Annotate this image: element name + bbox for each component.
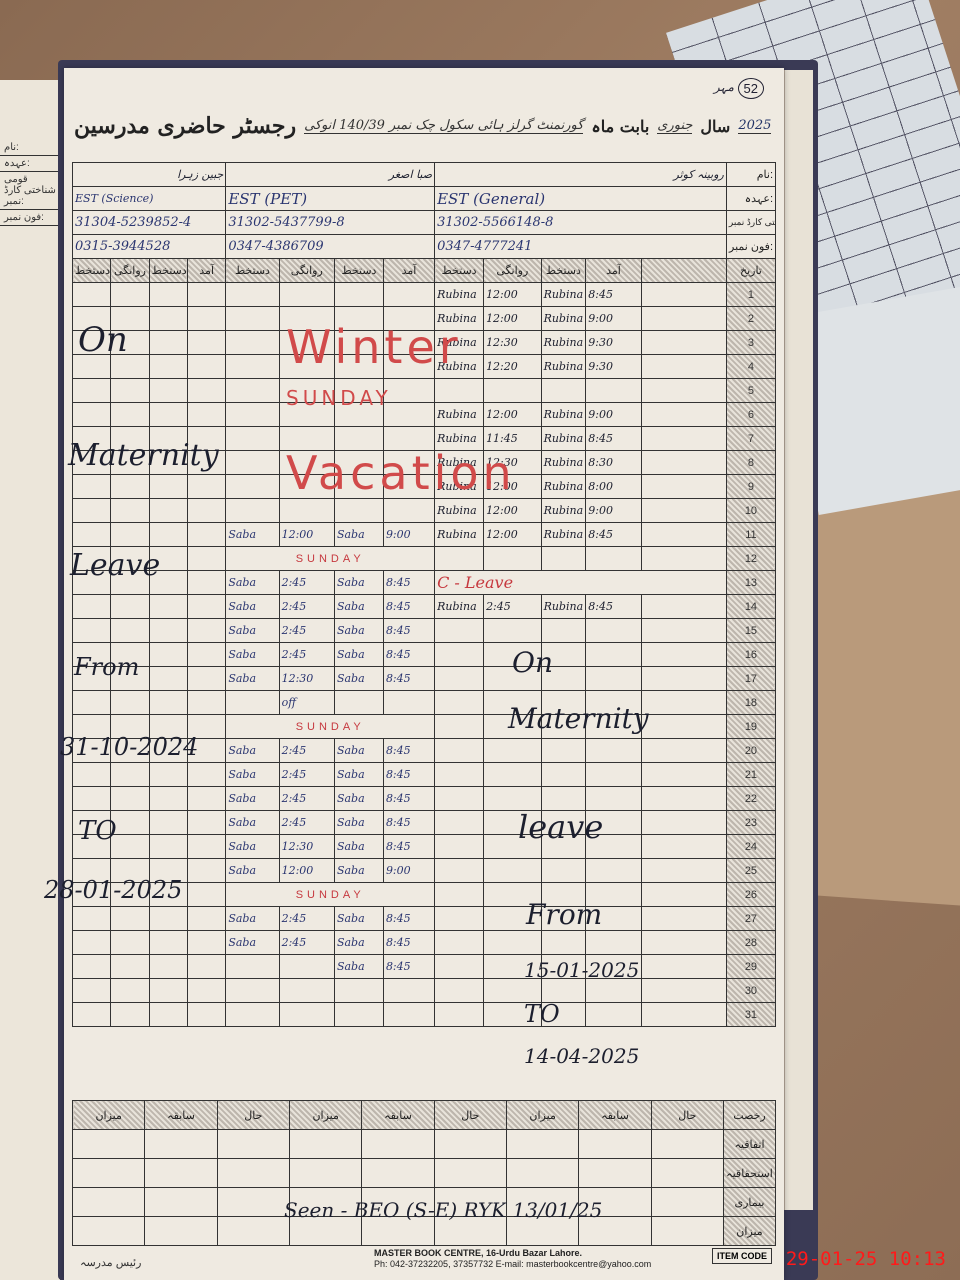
teacher2-phone: 0347-4386709 xyxy=(226,235,435,259)
t1-cell xyxy=(586,787,641,811)
day-number: 30 xyxy=(726,979,775,1003)
t1-cell: 12:00 xyxy=(484,307,542,331)
t3-cell xyxy=(149,283,187,307)
t2-header-departure: روانگی xyxy=(279,259,334,283)
t3-cell xyxy=(149,403,187,427)
day-number: 11 xyxy=(726,523,775,547)
day-number: 9 xyxy=(726,475,775,499)
t2-cell: Saba xyxy=(334,763,383,787)
t2-cell: Saba xyxy=(226,763,279,787)
t1-cell xyxy=(586,619,641,643)
t1-cell: 12:00 xyxy=(484,283,542,307)
t2-cell xyxy=(279,283,334,307)
t1-extra-cell xyxy=(641,379,726,403)
t1-extra-cell xyxy=(641,619,726,643)
t3-note-from: From xyxy=(74,653,139,681)
prev-page-label-designation: عہدہ: xyxy=(0,156,60,172)
t3-cell xyxy=(187,931,225,955)
day-rows: Rubina12:00Rubina8:451Rubina12:00Rubina9… xyxy=(73,283,776,1027)
teacher3-phone: 0315-3944528 xyxy=(73,235,226,259)
t2-cell xyxy=(279,1003,334,1027)
t1-cell: Rubina xyxy=(435,523,484,547)
t2-cell xyxy=(226,979,279,1003)
t2-cell: Saba xyxy=(226,523,279,547)
t1-cell: Rubina xyxy=(435,283,484,307)
column-header-row: دستخط روانگی دستخط آمد دستخط روانگی دستخ… xyxy=(73,259,776,283)
t3-cell xyxy=(73,787,111,811)
t2-cell xyxy=(226,427,279,451)
summary-label-casual: اتفاقیہ xyxy=(724,1130,776,1159)
day-row: Saba2:45Saba8:4528 xyxy=(73,931,776,955)
t1-cell xyxy=(435,811,484,835)
t3-cell xyxy=(149,355,187,379)
t1-cell: 8:45 xyxy=(586,523,641,547)
summary-t3-total: میزان xyxy=(73,1101,145,1130)
t1-extra-cell xyxy=(641,403,726,427)
t1-cell xyxy=(484,547,542,571)
vacation-note: Vacation xyxy=(286,446,516,500)
day-number: 13 xyxy=(726,571,775,595)
t1-cell xyxy=(435,883,484,907)
t1-cell xyxy=(541,619,586,643)
t3-cell xyxy=(73,619,111,643)
year-value: 2025 xyxy=(738,118,771,134)
day-number: 10 xyxy=(726,499,775,523)
t3-cell xyxy=(111,523,149,547)
t2-cell: 12:00 xyxy=(279,523,334,547)
t2-header-arrival: آمد xyxy=(383,259,434,283)
teacher3-designation: EST (Science) xyxy=(73,187,226,211)
sunday-note-5: SUNDAY xyxy=(286,386,392,410)
t3-cell xyxy=(187,547,225,571)
t3-cell xyxy=(111,787,149,811)
t2-cell: 8:45 xyxy=(383,835,434,859)
t2-cell: 8:45 xyxy=(383,571,434,595)
t1-cell: 8:00 xyxy=(586,475,641,499)
day-row: Saba12:00Saba9:00Rubina12:00Rubina8:4511 xyxy=(73,523,776,547)
prev-page-label-cnic: قومی شناختی کارڈ نمبر: xyxy=(0,172,60,210)
t2-cell xyxy=(226,331,279,355)
day-row: off18 xyxy=(73,691,776,715)
t2-cell: 2:45 xyxy=(279,811,334,835)
t3-note-to: TO xyxy=(78,816,117,846)
t2-cell xyxy=(226,379,279,403)
t3-cell xyxy=(149,379,187,403)
t2-cell xyxy=(226,403,279,427)
day-row: Saba8:4529 xyxy=(73,955,776,979)
t1-cell: Rubina xyxy=(541,523,586,547)
t1-cell: Rubina xyxy=(435,499,484,523)
sunday-marker: SUNDAY xyxy=(226,547,435,571)
t1-cell xyxy=(484,931,542,955)
t3-cell xyxy=(111,1003,149,1027)
teacher-name-row: جبین زہرا صبا اصغر روبینہ کوثر نام: xyxy=(73,163,776,187)
t2-cell: Saba xyxy=(334,835,383,859)
winter-note: Winter xyxy=(286,320,462,374)
t1-cell: 9:30 xyxy=(586,355,641,379)
t3-cell xyxy=(73,283,111,307)
teacher1-phone: 0347-4777241 xyxy=(435,235,727,259)
t1-extra-cell xyxy=(641,739,726,763)
t2-cell: Saba xyxy=(334,643,383,667)
t1-extra-cell xyxy=(641,931,726,955)
t1-cell xyxy=(435,835,484,859)
t1-cell xyxy=(435,739,484,763)
t3-cell xyxy=(149,475,187,499)
t1-cell xyxy=(541,379,586,403)
t3-header-sign: دستخط xyxy=(149,259,187,283)
t2-cell: Saba xyxy=(226,907,279,931)
t3-cell xyxy=(111,499,149,523)
t1-cell xyxy=(541,979,586,1003)
t2-cell xyxy=(334,283,383,307)
t1-cell xyxy=(435,787,484,811)
t2-cell: Saba xyxy=(334,931,383,955)
summary-t2-current: حال xyxy=(434,1101,506,1130)
t3-cell xyxy=(187,883,225,907)
day-number: 19 xyxy=(726,715,775,739)
day-number: 25 xyxy=(726,859,775,883)
t3-cell xyxy=(73,1003,111,1027)
t1-cell xyxy=(435,667,484,691)
t1-extra-cell xyxy=(641,307,726,331)
t3-cell xyxy=(187,955,225,979)
summary-label-earned: استحقاقیہ xyxy=(724,1159,776,1188)
t2-cell: 2:45 xyxy=(279,643,334,667)
teacher-cnic-row: 31304-5239852-4 31302-5437799-8 31302-55… xyxy=(73,211,776,235)
t2-cell: Saba xyxy=(334,907,383,931)
t3-cell xyxy=(149,691,187,715)
t2-cell: 8:45 xyxy=(383,619,434,643)
day-row: Rubina12:00Rubina9:0010 xyxy=(73,499,776,523)
day-number: 20 xyxy=(726,739,775,763)
t3-cell xyxy=(187,307,225,331)
t1-cell xyxy=(586,667,641,691)
t1-cell xyxy=(586,1003,641,1027)
t1-cell xyxy=(541,787,586,811)
t2-cell: 8:45 xyxy=(383,955,434,979)
summary-leave-header: رخصت xyxy=(724,1101,776,1130)
label-cnic: قومی شناختی کارڈ نمبر: xyxy=(726,211,775,235)
day-number: 12 xyxy=(726,547,775,571)
teacher2-designation: EST (PET) xyxy=(226,187,435,211)
previous-page-edge: نام: عہدہ: قومی شناختی کارڈ نمبر: فون نم… xyxy=(0,80,62,1280)
t1-extra-cell xyxy=(641,691,726,715)
register-title: رجسٹر حاضری مدرسین xyxy=(74,113,296,139)
t2-cell: Saba xyxy=(334,667,383,691)
t2-cell: 2:45 xyxy=(279,763,334,787)
t1-cell: 8:45 xyxy=(586,595,641,619)
t2-cell xyxy=(226,283,279,307)
t3-cell xyxy=(149,955,187,979)
t2-cell xyxy=(279,955,334,979)
day-row: 30 xyxy=(73,979,776,1003)
t1-extra-cell xyxy=(641,523,726,547)
page-number: 52 xyxy=(738,78,764,99)
t3-cell xyxy=(149,787,187,811)
t3-cell xyxy=(73,931,111,955)
t1-cell xyxy=(435,619,484,643)
summary-t3-current: حال xyxy=(217,1101,289,1130)
t3-cell xyxy=(73,523,111,547)
t2-cell: Saba xyxy=(226,667,279,691)
t1-cell xyxy=(541,763,586,787)
t1-cell xyxy=(586,547,641,571)
t2-cell: Saba xyxy=(226,739,279,763)
sunday-marker: SUNDAY xyxy=(226,715,435,739)
t2-cell xyxy=(226,1003,279,1027)
t3-cell xyxy=(111,595,149,619)
t3-cell xyxy=(73,595,111,619)
t2-cell: 2:45 xyxy=(279,571,334,595)
teacher1-cnic: 31302-5566148-8 xyxy=(435,211,727,235)
t3-cell xyxy=(149,979,187,1003)
t1-note-from-date: 15-01-2025 xyxy=(524,958,639,982)
t2-cell: Saba xyxy=(334,595,383,619)
t2-cell xyxy=(226,307,279,331)
t2-cell: 12:00 xyxy=(279,859,334,883)
day-number: 28 xyxy=(726,931,775,955)
t3-cell xyxy=(73,499,111,523)
t2-cell: 12:30 xyxy=(279,835,334,859)
t1-cell: Rubina xyxy=(435,595,484,619)
t3-cell xyxy=(187,907,225,931)
t3-cell xyxy=(73,955,111,979)
day-row: Rubina12:00Rubina8:451 xyxy=(73,283,776,307)
t1-note-on: On xyxy=(512,646,553,679)
summary-t2-total: میزان xyxy=(289,1101,361,1130)
t3-cell xyxy=(149,499,187,523)
t2-cell: 2:45 xyxy=(279,787,334,811)
t2-cell: 8:45 xyxy=(383,787,434,811)
t1-extra-cell xyxy=(641,451,726,475)
t1-extra-cell xyxy=(641,715,726,739)
t3-cell xyxy=(149,835,187,859)
t1-cell: Rubina xyxy=(541,475,586,499)
t1-cell xyxy=(435,955,484,979)
t1-cell xyxy=(435,763,484,787)
t3-cell xyxy=(187,691,225,715)
day-number: 27 xyxy=(726,907,775,931)
t2-cell xyxy=(226,475,279,499)
label-designation: عہدہ: xyxy=(726,187,775,211)
t2-cell: 8:45 xyxy=(383,667,434,691)
summary-t1-total: میزان xyxy=(506,1101,578,1130)
summary-t1-current: حال xyxy=(651,1101,723,1130)
t3-cell xyxy=(187,331,225,355)
teacher1-designation: EST (General) xyxy=(435,187,727,211)
t1-cell xyxy=(484,979,542,1003)
t2-cell xyxy=(383,1003,434,1027)
t1-extra-cell xyxy=(641,883,726,907)
t1-note-leave: leave xyxy=(518,808,603,846)
day-number: 26 xyxy=(726,883,775,907)
t2-cell xyxy=(334,1003,383,1027)
t2-cell: off xyxy=(279,691,334,715)
t1-extra-cell xyxy=(641,859,726,883)
publisher-contact: Ph: 042-37232205, 37357732 E-mail: maste… xyxy=(374,1259,651,1269)
t3-cell xyxy=(149,331,187,355)
day-row: 31 xyxy=(73,1003,776,1027)
t3-cell xyxy=(111,475,149,499)
t1-cell xyxy=(541,931,586,955)
t1-extra-cell xyxy=(641,787,726,811)
t1-header-sign2: دستخط xyxy=(435,259,484,283)
t1-extra-cell xyxy=(641,475,726,499)
t1-cell: 12:20 xyxy=(484,355,542,379)
day-row: 5 xyxy=(73,379,776,403)
t1-extra-cell xyxy=(641,667,726,691)
t2-cell xyxy=(383,691,434,715)
year-label: سال xyxy=(700,117,730,136)
t3-note-from-date: 31-10-2024 xyxy=(60,733,198,761)
t1-cell xyxy=(586,931,641,955)
summary-t2-previous: سابقہ xyxy=(362,1101,434,1130)
t1-cell xyxy=(435,979,484,1003)
t3-cell xyxy=(187,763,225,787)
day-number: 5 xyxy=(726,379,775,403)
t1-cell xyxy=(586,739,641,763)
t1-extra-cell xyxy=(641,331,726,355)
t1-cell: Rubina xyxy=(541,499,586,523)
t3-cell xyxy=(73,475,111,499)
t2-cell xyxy=(383,283,434,307)
prev-page-label-phone: فون نمبر: xyxy=(0,210,60,226)
t2-cell xyxy=(334,691,383,715)
t3-cell xyxy=(149,619,187,643)
t3-cell xyxy=(149,931,187,955)
t2-cell: Saba xyxy=(226,811,279,835)
t2-cell: Saba xyxy=(334,571,383,595)
t1-cell xyxy=(541,859,586,883)
t3-cell xyxy=(111,907,149,931)
t1-cell: Rubina xyxy=(541,451,586,475)
t2-cell: 2:45 xyxy=(279,595,334,619)
t1-cell: Rubina xyxy=(541,427,586,451)
t3-cell xyxy=(187,355,225,379)
t1-cell: 9:00 xyxy=(586,307,641,331)
summary-t1-previous: سابقہ xyxy=(579,1101,651,1130)
t1-cell: Rubina xyxy=(541,355,586,379)
t1-cell xyxy=(484,739,542,763)
t1-extra-cell xyxy=(641,835,726,859)
t2-cell xyxy=(226,355,279,379)
t2-cell: 8:45 xyxy=(383,811,434,835)
t1-cell xyxy=(484,787,542,811)
t1-cell xyxy=(484,763,542,787)
t2-cell: Saba xyxy=(226,595,279,619)
day-number: 31 xyxy=(726,1003,775,1027)
day-number: 29 xyxy=(726,955,775,979)
day-number: 3 xyxy=(726,331,775,355)
page-initial: مہر xyxy=(714,80,734,94)
t2-cell: 9:00 xyxy=(383,523,434,547)
t1-note-to-date: 14-04-2025 xyxy=(524,1044,639,1068)
t1-cell xyxy=(586,859,641,883)
t1-cell xyxy=(435,1003,484,1027)
t1-extra-cell xyxy=(641,907,726,931)
teacher2-name: صبا اصغر xyxy=(226,163,435,187)
day-number: 23 xyxy=(726,811,775,835)
t2-cell: 12:30 xyxy=(279,667,334,691)
t1-extra-cell xyxy=(641,355,726,379)
t2-cell: Saba xyxy=(334,523,383,547)
t3-cell xyxy=(73,403,111,427)
t2-cell: 8:45 xyxy=(383,643,434,667)
t2-cell xyxy=(279,979,334,1003)
t2-cell: Saba xyxy=(226,643,279,667)
day-number: 15 xyxy=(726,619,775,643)
t3-cell xyxy=(149,595,187,619)
leave-summary-table: میزان سابقہ حال میزان سابقہ حال میزان سا… xyxy=(72,1100,776,1246)
summary-header-row: میزان سابقہ حال میزان سابقہ حال میزان سا… xyxy=(73,1101,776,1130)
t1-cell xyxy=(435,691,484,715)
teacher3-name: جبین زہرا xyxy=(73,163,226,187)
t2-cell: 8:45 xyxy=(383,907,434,931)
day-number: 1 xyxy=(726,283,775,307)
t3-cell xyxy=(73,979,111,1003)
summary-label-total: میزان xyxy=(724,1217,776,1246)
t1-cell xyxy=(586,379,641,403)
t1-extra-cell xyxy=(641,811,726,835)
t3-cell xyxy=(73,691,111,715)
t2-cell: 2:45 xyxy=(279,739,334,763)
label-name: نام: xyxy=(726,163,775,187)
day-number: 21 xyxy=(726,763,775,787)
t1-cell xyxy=(435,859,484,883)
page-edge-strip xyxy=(784,70,813,1210)
month-value: جنوری xyxy=(657,118,692,134)
casual-leave-marker: C - Leave xyxy=(435,571,727,595)
t2-cell: Saba xyxy=(334,955,383,979)
t3-header-sign2: دستخط xyxy=(73,259,111,283)
t1-cell xyxy=(541,739,586,763)
t1-extra-cell xyxy=(641,763,726,787)
t2-cell: 2:45 xyxy=(279,931,334,955)
month-label: بابت ماہ xyxy=(591,117,649,136)
t1-cell: 9:00 xyxy=(586,499,641,523)
t1-extra-cell xyxy=(641,643,726,667)
t2-cell: Saba xyxy=(226,931,279,955)
t1-cell xyxy=(484,379,542,403)
day-number: 24 xyxy=(726,835,775,859)
publisher-name: MASTER BOOK CENTRE, 16-Urdu Bazar Lahore… xyxy=(374,1248,582,1258)
t2-cell: Saba xyxy=(226,787,279,811)
t2-cell xyxy=(383,979,434,1003)
t1-extra-cell xyxy=(641,979,726,1003)
t3-cell xyxy=(187,283,225,307)
t1-cell: 12:30 xyxy=(484,331,542,355)
day-number: 14 xyxy=(726,595,775,619)
day-number: 8 xyxy=(726,451,775,475)
teacher-designation-row: EST (Science) EST (PET) EST (General) عہ… xyxy=(73,187,776,211)
t2-cell: Saba xyxy=(334,739,383,763)
day-number: 2 xyxy=(726,307,775,331)
t1-extra-cell xyxy=(641,427,726,451)
t2-cell: Saba xyxy=(226,859,279,883)
label-phone: فون نمبر: xyxy=(726,235,775,259)
t1-extra-cell xyxy=(641,1003,726,1027)
t2-cell: Saba xyxy=(334,811,383,835)
t1-cell xyxy=(435,643,484,667)
t2-cell xyxy=(383,499,434,523)
day-row: SUNDAY12 xyxy=(73,547,776,571)
t1-cell: 12:00 xyxy=(484,403,542,427)
officer-signature: Seen - BEO (S-E) RYK 13/01/25 xyxy=(284,1198,602,1222)
t2-cell: 2:45 xyxy=(279,619,334,643)
t3-note-on: On xyxy=(78,320,128,360)
t3-cell xyxy=(187,835,225,859)
